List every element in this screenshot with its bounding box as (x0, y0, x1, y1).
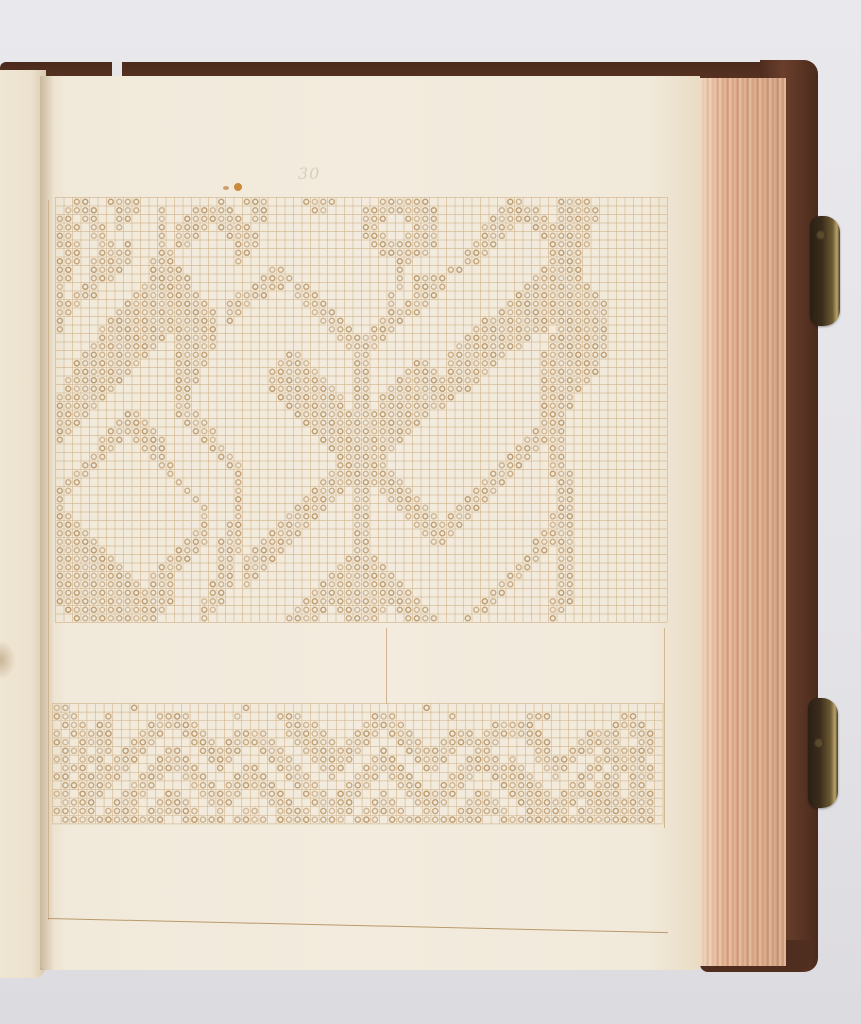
brass-clasp-bottom (808, 698, 838, 808)
ink-spot (234, 183, 242, 191)
border-pattern-grid (52, 703, 665, 825)
clasp-rivet-icon (814, 738, 824, 748)
ink-spot (223, 186, 229, 190)
main-pattern-grid (55, 197, 669, 624)
brass-clasp-top (810, 216, 840, 326)
clasp-rivet-icon (816, 230, 826, 240)
page-number: 30 (298, 164, 320, 183)
page-block-shade (698, 78, 784, 966)
left-page-stain (0, 640, 16, 680)
ruled-margin-line (48, 200, 49, 920)
gutter-shadow (40, 76, 54, 970)
vertical-guide-line (386, 628, 387, 704)
